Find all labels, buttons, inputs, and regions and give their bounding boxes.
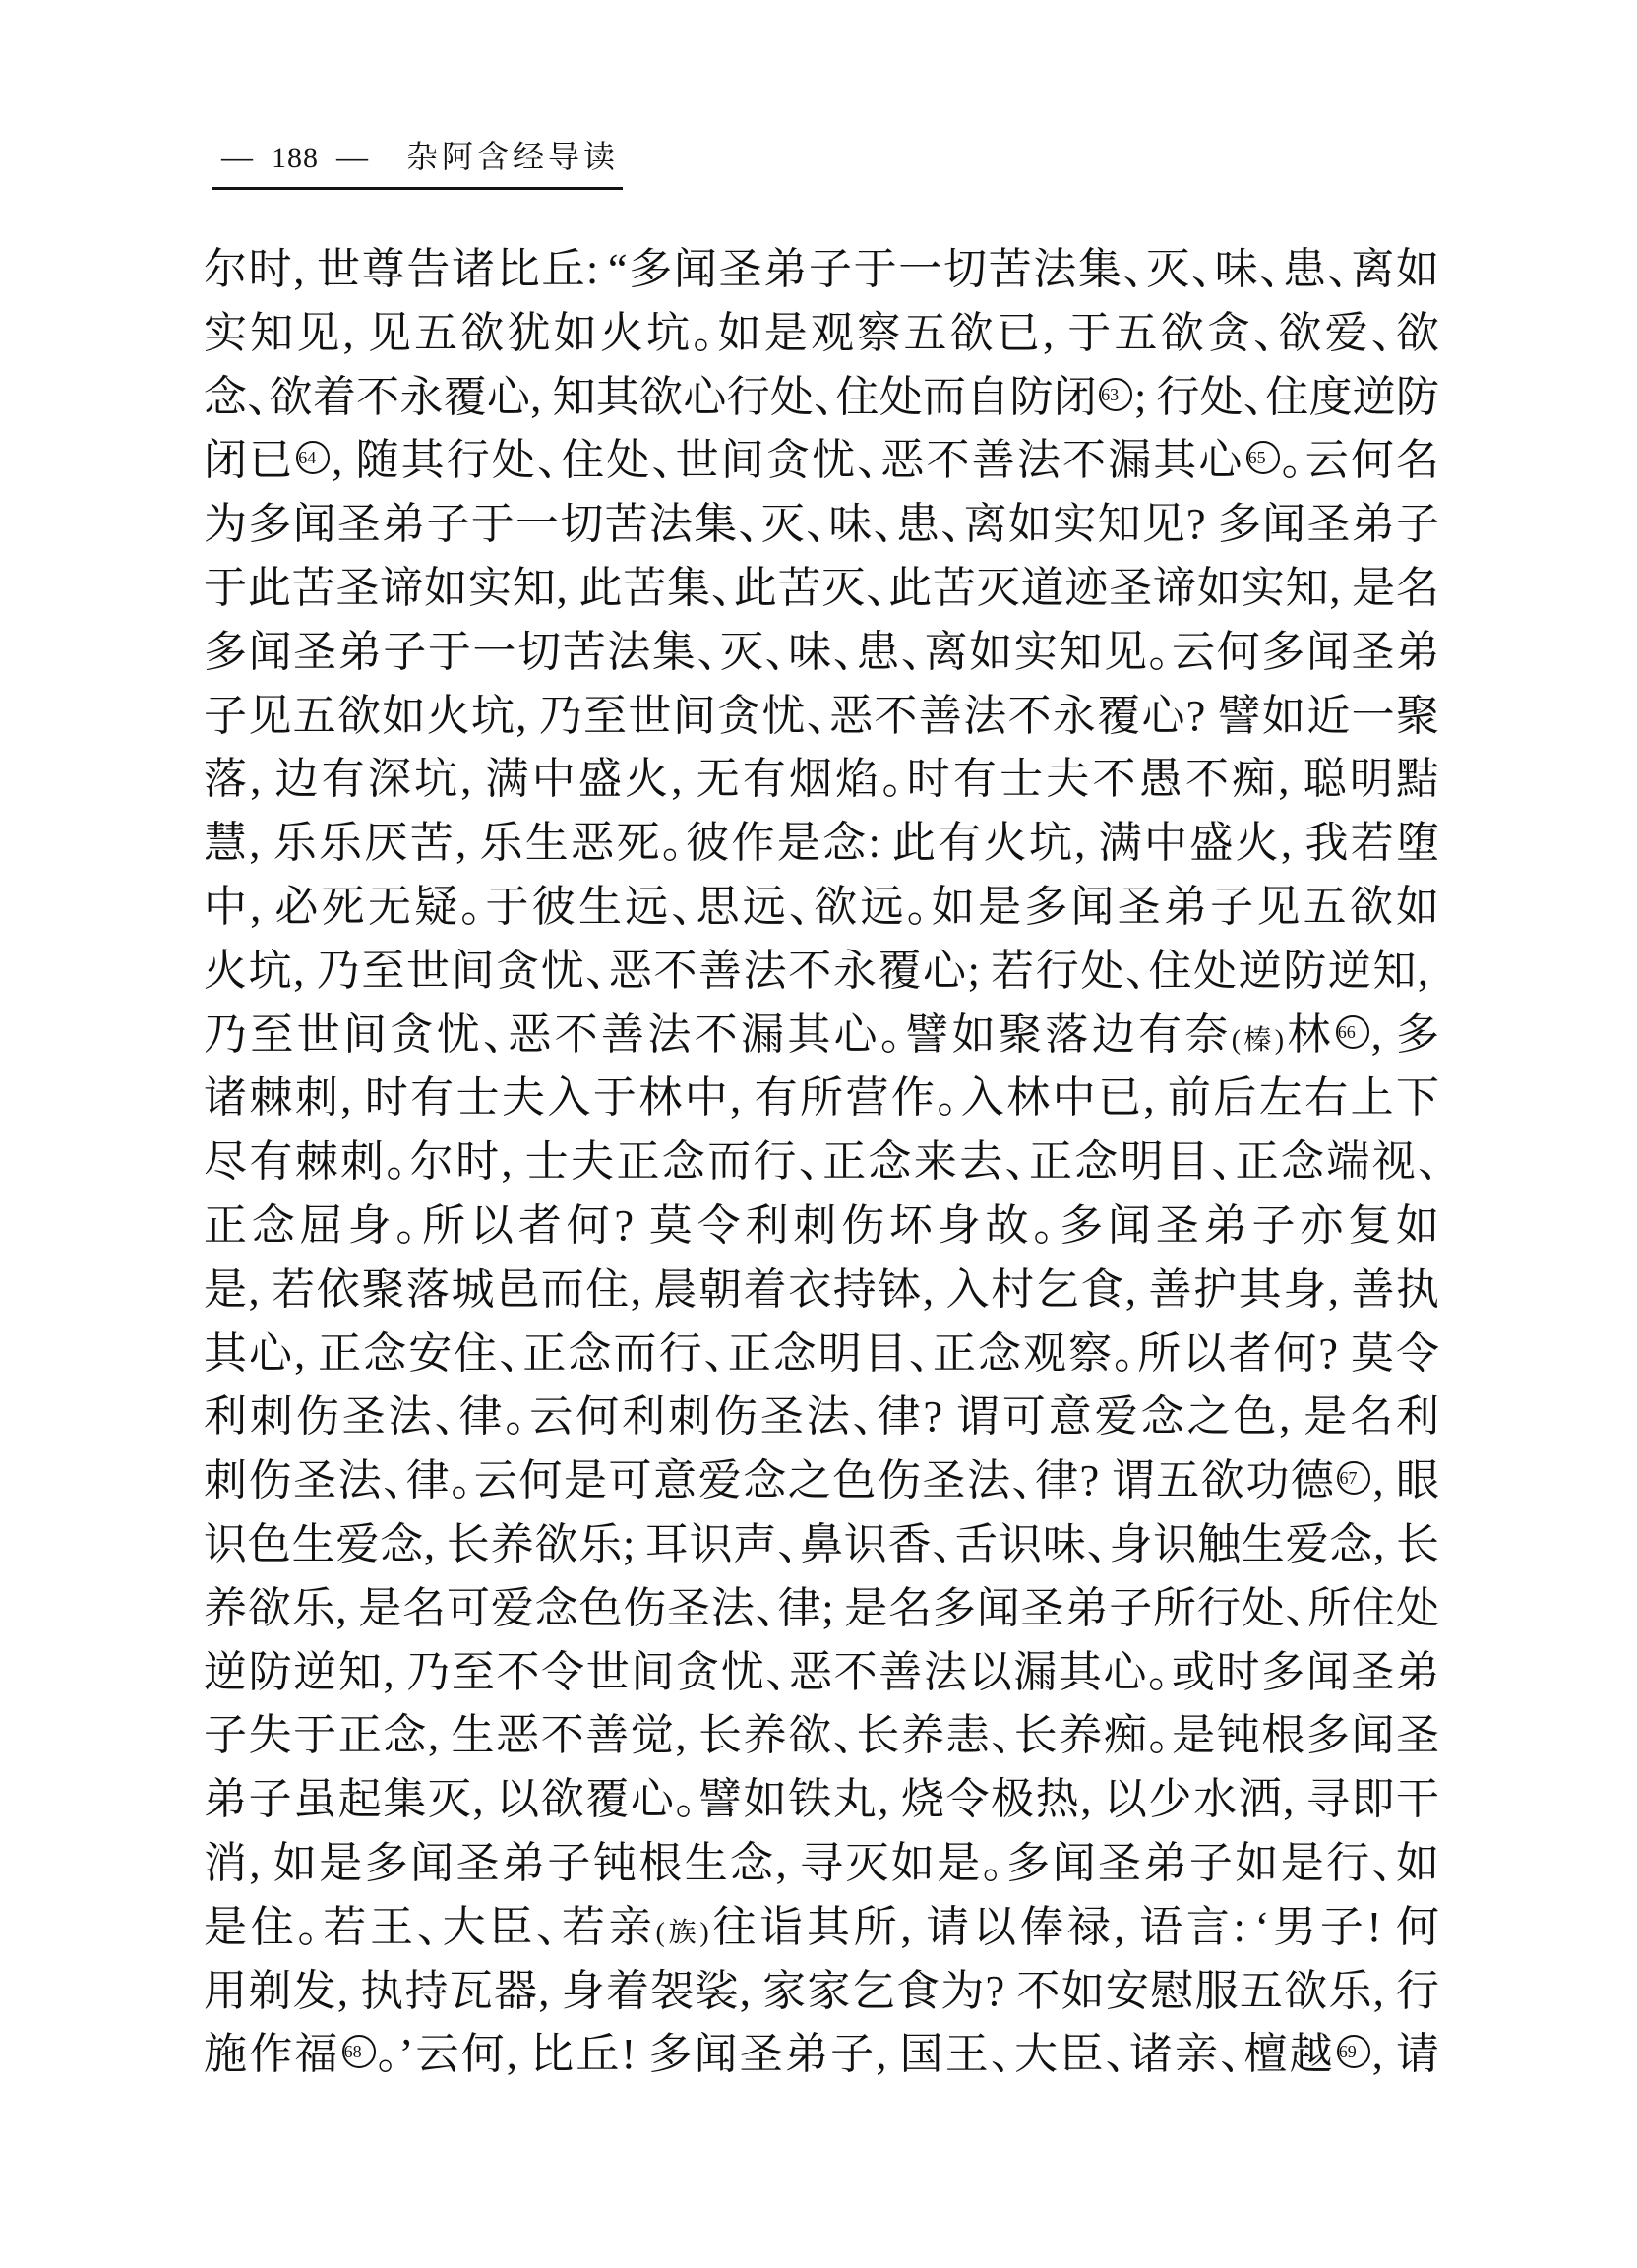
punctuation: , xyxy=(501,1131,522,1195)
punctuation: 、 xyxy=(1106,2023,1127,2087)
text-line: 实知见,见五欲犹如火坑。如是观察五欲已,于五欲贪、欲爱、欲 xyxy=(204,302,1439,366)
punctuation: ; xyxy=(623,1513,644,1577)
punctuation: 。 xyxy=(386,1131,407,1195)
punctuation: , xyxy=(923,1258,944,1322)
text-line: 利刺伤圣法、律。云何利刺伤圣法、律? 谓可意爱念之色,是名利 xyxy=(204,1385,1439,1449)
punctuation: , xyxy=(428,1704,450,1768)
punctuation: 、 xyxy=(756,1577,777,1641)
punctuation: , xyxy=(340,1067,362,1131)
punctuation: 、 xyxy=(1005,1131,1027,1195)
text-line: 正念屈身。所以者何? 莫令利刺伤坏身故。多闻圣弟子亦复如 xyxy=(204,1195,1439,1258)
text-line: 逆防逆知,乃至不令世间贪忧、恶不善法以漏其心。或时多闻圣弟 xyxy=(204,1641,1439,1705)
punctuation: 、 xyxy=(799,1131,820,1195)
text-line: 多闻圣弟子于一切苦法集、灭、味、患、离如实知见。云何多闻圣弟 xyxy=(204,621,1439,685)
punctuation: , xyxy=(1281,812,1303,876)
punctuation: , xyxy=(473,1768,495,1832)
punctuation: 、 xyxy=(874,493,895,557)
punctuation: , xyxy=(250,876,272,940)
punctuation: , xyxy=(332,429,353,493)
punctuation: 、 xyxy=(1328,238,1350,302)
text-line: 其心,正念安住、正念而行、正念明目、正念观察。所以者何? 莫令 xyxy=(204,1322,1439,1386)
punctuation: 、 xyxy=(499,1322,520,1386)
punctuation: ; xyxy=(968,940,990,1004)
punctuation: 、 xyxy=(536,1896,558,1960)
punctuation: , xyxy=(1125,1258,1147,1322)
text-line: 闭已64,随其行处、住处、世间贪忧、恶不善法不漏其心65。云何名 xyxy=(204,429,1439,493)
punctuation: , xyxy=(1279,1385,1301,1449)
text-line: 是,若依聚落城邑而住,晨朝着衣持钵,入村乞食,善护其身,善执 xyxy=(204,1258,1439,1322)
punctuation: 。 xyxy=(1149,621,1171,685)
punctuation: 、 xyxy=(1259,238,1281,302)
punctuation: 、 xyxy=(991,1704,1012,1768)
punctuation: , xyxy=(455,812,477,876)
punctuation: , xyxy=(424,1513,446,1577)
punctuation: 。 xyxy=(395,1195,417,1258)
punctuation: 、 xyxy=(833,621,855,685)
text-line: 于此苦圣谛如实知,此苦集、此苦灭、此苦灭道迹圣谛如实知,是名 xyxy=(204,557,1439,621)
text-line: 慧,乐乐厌苦,乐生恶死。彼作是念:此有火坑,满中盛火,我若堕 xyxy=(204,812,1439,876)
punctuation: 。 xyxy=(1149,1704,1171,1768)
punctuation: 。 xyxy=(298,1896,320,1960)
punctuation: 、 xyxy=(807,685,828,749)
punctuation: , xyxy=(1373,1960,1395,2024)
punctuation: 、 xyxy=(853,1385,875,1449)
punctuation: 。 xyxy=(1114,1322,1135,1386)
text-line: 弟子虽起集灭,以欲覆心。譬如铁丸,烧令极热,以少水洒,寻即干 xyxy=(204,1768,1439,1832)
punctuation: 、 xyxy=(1371,302,1393,366)
punctuation: 、 xyxy=(1286,1577,1307,1641)
punctuation: , xyxy=(631,1258,652,1322)
punctuation: 、 xyxy=(1372,1832,1394,1896)
punctuation: , xyxy=(343,302,365,366)
punctuation: 、 xyxy=(814,366,835,430)
punctuation: , xyxy=(1418,940,1439,1004)
punctuation: , xyxy=(1114,1896,1135,1960)
punctuation: 、 xyxy=(901,621,923,685)
punctuation: 。 xyxy=(937,1067,958,1131)
punctuation: ; xyxy=(821,1577,843,1641)
text-line: 是住。若王、大臣、若亲(族)往诣其所,请以俸禄,语言:‘男子! 何 xyxy=(204,1896,1439,1960)
text-line: 消,如是多闻圣弟子钝根生念,寻灭如是。多闻圣弟子如是行、如 xyxy=(204,1832,1439,1896)
punctuation: 、 xyxy=(1220,2023,1242,2087)
punctuation: 、 xyxy=(1243,366,1265,430)
punctuation: 、 xyxy=(909,1322,931,1386)
punctuation: , xyxy=(1329,557,1351,621)
footnote-marker: 68 xyxy=(342,2035,376,2068)
punctuation: 、 xyxy=(652,429,674,493)
punctuation: , xyxy=(1371,1004,1393,1068)
punctuation: 、 xyxy=(833,1704,855,1768)
text-line: 刺伤圣法、律。云何是可意爱念之色伤圣法、律? 谓五欲功德67,眼 xyxy=(204,1449,1439,1513)
punctuation: , xyxy=(675,1704,697,1768)
punctuation: 、 xyxy=(697,621,718,685)
book-title: 杂阿含经导读 xyxy=(406,139,619,174)
punctuation: , xyxy=(384,1641,405,1705)
punctuation: , xyxy=(335,1577,357,1641)
punctuation: 、 xyxy=(537,429,559,493)
punctuation: , xyxy=(1043,302,1064,366)
punctuation: , xyxy=(293,940,315,1004)
text-line: 子失于正念,生恶不善觉,长养欲、长养恚、长养痴。是钝根多闻圣 xyxy=(204,1704,1439,1768)
header-dash-left: — xyxy=(221,139,254,174)
punctuation: , xyxy=(1080,1768,1102,1832)
punctuation: , xyxy=(1283,1768,1304,1832)
header-dash-right: — xyxy=(336,139,369,174)
punctuation: 。 xyxy=(460,876,482,940)
text-line: 乃至世间贪忧、恶不善法不漏其心。譬如聚落边有奈(榛)林66,多 xyxy=(204,1004,1439,1068)
punctuation: 。 xyxy=(675,1768,697,1832)
punctuation: , xyxy=(901,1896,923,1960)
footnote-marker: 63 xyxy=(1099,378,1132,411)
text-line: 中,必死无疑。于彼生远、思远、欲远。如是多闻圣弟子见五欲如 xyxy=(204,876,1439,940)
punctuation: 、 xyxy=(711,557,733,621)
text-line: 火坑,乃至世间贪忧、恶不善法不永覆心;若行处、住处逆防逆知, xyxy=(204,940,1439,1004)
punctuation: 、 xyxy=(671,876,693,940)
punctuation: : xyxy=(1234,1896,1255,1960)
punctuation: 、 xyxy=(866,557,887,621)
punctuation: 、 xyxy=(932,1513,953,1577)
running-header: —188—杂阿含经导读 xyxy=(212,132,623,190)
punctuation: 、 xyxy=(1123,238,1145,302)
punctuation: 、 xyxy=(777,1513,799,1577)
text-line: 尽有棘刺。尔时,士夫正念而行、正念来去、正念明目、正念端视、 xyxy=(204,1131,1439,1195)
punctuation: , xyxy=(776,1832,798,1896)
text-line: 尔时,世尊告诸比丘:“多闻圣弟子于一切苦法集、灭、味、患、离如 xyxy=(204,238,1439,302)
punctuation: 、 xyxy=(1418,1131,1439,1195)
inline-annotation: (族) xyxy=(655,1918,708,1948)
punctuation: , xyxy=(249,1258,271,1322)
punctuation: , xyxy=(1373,1513,1395,1577)
punctuation: , xyxy=(337,1960,359,2024)
punctuation: 、 xyxy=(1087,1513,1109,1577)
punctuation: , xyxy=(1278,748,1300,812)
punctuation: , xyxy=(671,748,693,812)
text-line: 识色生爱念,长养欲乐;耳识声、鼻识香、舌识味、身识触生爱念,长 xyxy=(204,1513,1439,1577)
text-line: 施作福68。’云何,比丘! 多闻圣弟子,国王、大臣、诸亲、檀越69,请 xyxy=(204,2023,1439,2087)
punctuation: , xyxy=(740,1960,761,2024)
punctuation: , xyxy=(249,1832,271,1896)
inline-annotation: (榛) xyxy=(1232,1025,1284,1056)
punctuation: 。 xyxy=(451,1449,472,1513)
punctuation: 、 xyxy=(417,1896,439,1960)
punctuation: 。 xyxy=(881,748,903,812)
punctuation: , xyxy=(293,238,315,302)
punctuation: 、 xyxy=(806,493,827,557)
punctuation: , xyxy=(730,1067,752,1131)
punctuation: , xyxy=(530,366,552,430)
punctuation: , xyxy=(507,2023,528,2087)
punctuation: , xyxy=(878,1768,899,1832)
footnote-marker: 64 xyxy=(296,441,330,474)
punctuation: 、 xyxy=(585,940,607,1004)
punctuation: 、 xyxy=(789,876,811,940)
punctuation: 、 xyxy=(739,493,760,557)
punctuation: 。 xyxy=(693,302,714,366)
punctuation: 、 xyxy=(1211,1131,1233,1195)
punctuation: 。 xyxy=(1282,429,1304,493)
punctuation: , xyxy=(250,748,272,812)
punctuation: , xyxy=(1074,812,1096,876)
sutra-text: 尔时,世尊告诸比丘:“多闻圣弟子于一切苦法集、灭、味、患、离如实知见,见五欲犹如… xyxy=(204,238,1439,2087)
punctuation: 、 xyxy=(1253,302,1275,366)
punctuation: 、 xyxy=(1191,238,1213,302)
punctuation: 、 xyxy=(1125,940,1147,1004)
punctuation: : xyxy=(586,238,608,302)
punctuation: , xyxy=(557,557,578,621)
punctuation: 、 xyxy=(383,1449,404,1513)
punctuation: , xyxy=(460,748,482,812)
punctuation: 。 xyxy=(983,1832,1004,1896)
punctuation: 。 xyxy=(880,1004,902,1068)
text-line: 子见五欲如火坑,乃至世间贪忧、恶不善法不永覆心? 譬如近一聚 xyxy=(204,685,1439,749)
punctuation: 、 xyxy=(483,1004,505,1068)
text-line: 用剃发,执持瓦器,身着袈裟,家家乞食为? 不如安慰服五欲乐,行 xyxy=(204,1960,1439,2024)
text-line: 为多闻圣弟子于一切苦法集、灭、味、患、离如实知见? 多闻圣弟子 xyxy=(204,493,1439,557)
footnote-marker: 65 xyxy=(1246,441,1280,474)
text-line: 念、欲着不永覆心,知其欲心行处、住处而自防闭63;行处、住度逆防 xyxy=(204,366,1439,430)
punctuation: 。 xyxy=(505,1385,526,1449)
punctuation: 、 xyxy=(765,1641,787,1705)
punctuation: 、 xyxy=(991,2023,1012,2087)
punctuation: , xyxy=(249,812,271,876)
footnote-marker: 67 xyxy=(1337,1461,1370,1495)
punctuation: , xyxy=(1328,1258,1350,1322)
footnote-marker: 69 xyxy=(1337,2035,1370,2068)
text-line: 养欲乐,是名可爱念色伤圣法、律;是名多闻圣弟子所行处、所住处 xyxy=(204,1577,1439,1641)
punctuation: 、 xyxy=(704,1322,726,1386)
text-line: 落,边有深坑,满中盛火,无有烟焰。时有士夫不愚不痴,聪明黠 xyxy=(204,748,1439,812)
text-line: 诸棘刺,时有士夫入于林中,有所营作。入林中已,前后左右上下 xyxy=(204,1067,1439,1131)
punctuation: 、 xyxy=(247,366,269,430)
punctuation: , xyxy=(538,1960,560,2024)
punctuation: 、 xyxy=(435,1385,456,1449)
punctuation: 。 xyxy=(378,2023,399,2087)
punctuation: 。 xyxy=(1033,1195,1055,1258)
punctuation: , xyxy=(1143,1067,1165,1131)
punctuation: , xyxy=(1372,2023,1394,2087)
book-page: —188—杂阿含经导读 尔时,世尊告诸比丘:“多闻圣弟子于一切苦法集、灭、味、患… xyxy=(0,0,1637,2268)
punctuation: , xyxy=(294,1322,316,1386)
punctuation: 、 xyxy=(940,493,962,557)
punctuation: , xyxy=(876,2023,897,2087)
punctuation: 。 xyxy=(1148,1641,1170,1705)
punctuation: 、 xyxy=(857,429,879,493)
punctuation: 、 xyxy=(1012,1449,1034,1513)
punctuation: , xyxy=(515,685,537,749)
punctuation: , xyxy=(1372,1449,1394,1513)
footnote-marker: 66 xyxy=(1336,1015,1369,1049)
punctuation: 。 xyxy=(907,876,929,940)
punctuation: ; xyxy=(1134,366,1156,430)
punctuation: 。 xyxy=(662,812,684,876)
punctuation: 、 xyxy=(765,621,787,685)
page-number: 188 xyxy=(272,142,319,174)
punctuation: : xyxy=(869,812,890,876)
